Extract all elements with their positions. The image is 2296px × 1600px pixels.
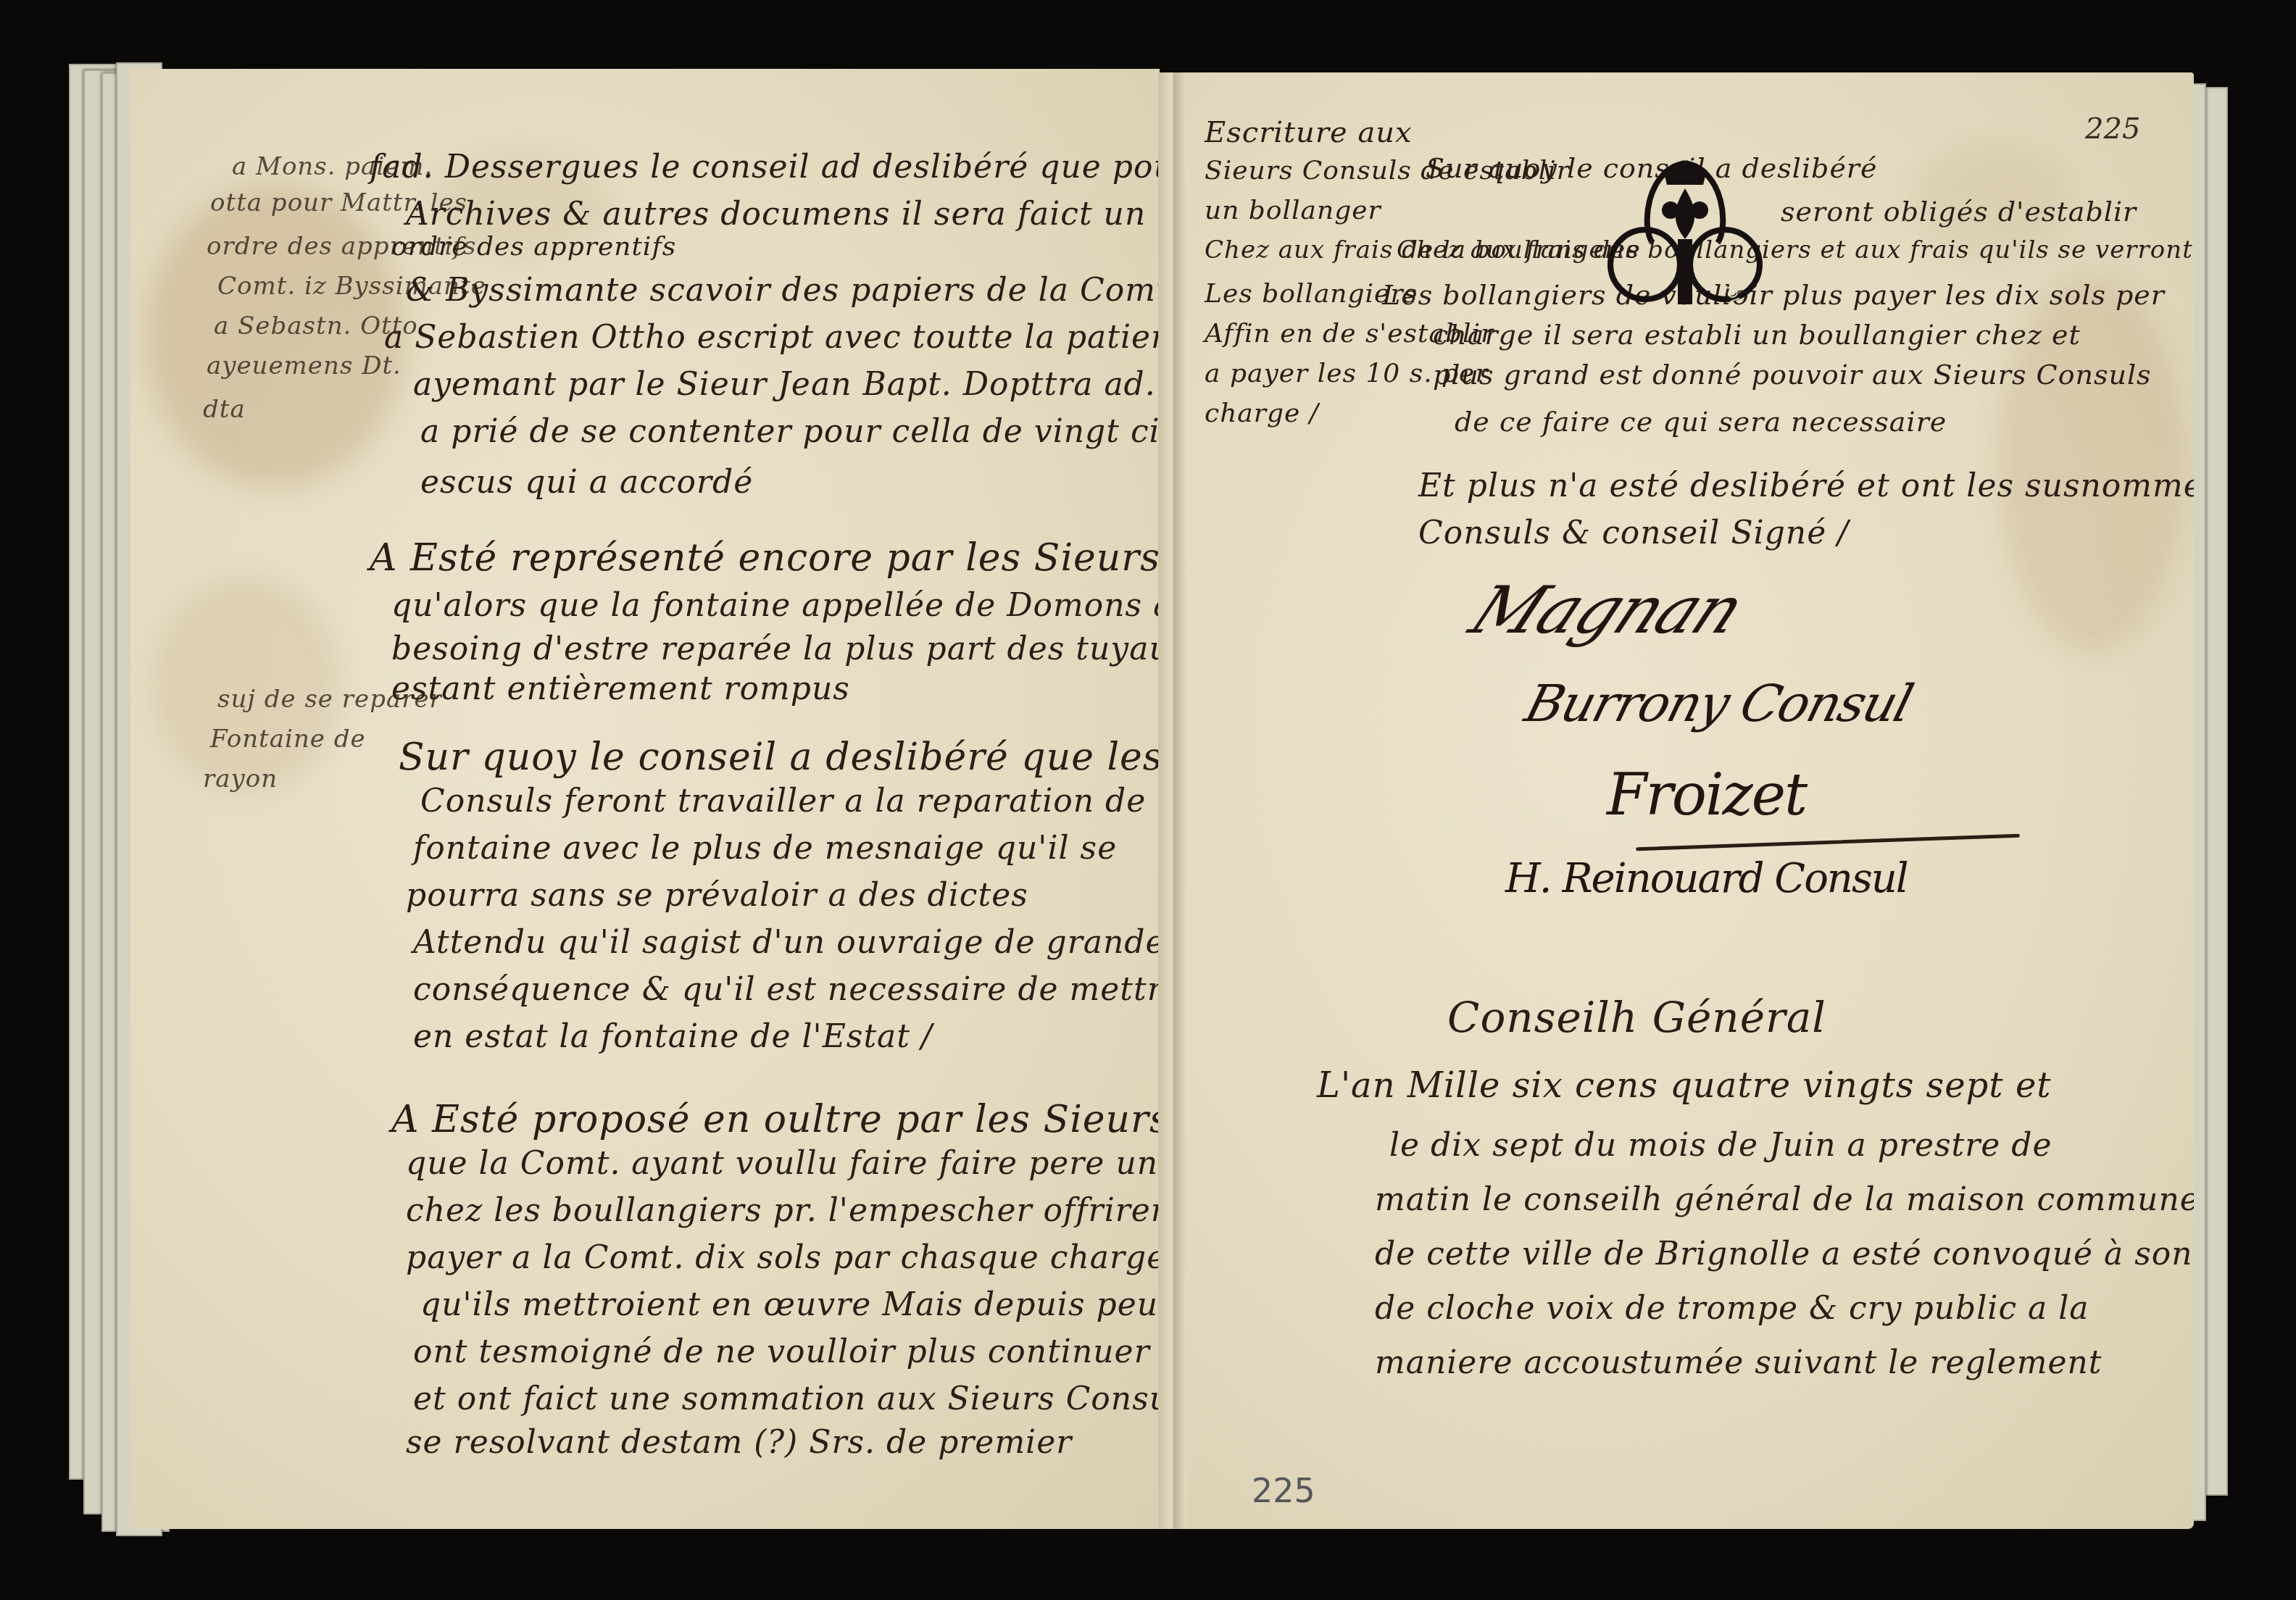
margin-note: ayeuemens Dt. [207,351,402,380]
manuscript-line: que la Comt. ayant voullu faire faire pe… [406,1145,1160,1182]
manuscript-line: conséquence & qu'il est necessaire de me… [413,971,1160,1008]
manuscript-line: a Sebastien Ottho escript avec toutte la… [384,319,1160,356]
manuscript-line: fad. Dessergues le conseil ad deslibéré … [370,149,1160,186]
manuscript-line: charge il sera establi un boullangier ch… [1433,319,2081,351]
margin-note: rayon [203,764,278,793]
manuscript-line: estant entièrement rompus [391,670,850,707]
manuscript-line: Les bollangiers de voulloir plus payer l… [1382,279,2165,311]
manuscript-line: A Esté proposé en oultre par les Sieurs … [391,1098,1160,1141]
manuscript-line: qu'alors que la fontaine appellée de Dom… [391,587,1160,624]
pencil-folio-number: 225 [1252,1471,1315,1510]
margin-note: un bollanger [1205,196,1381,225]
manuscript-line: Attendu qu'il sagist d'un ouvraige de gr… [413,924,1160,961]
manuscript-line: de cette ville de Brignolle a esté convo… [1375,1236,2193,1272]
left-page: a Mons. paiem. otta pour Mattr. les ordr… [130,69,1160,1529]
manuscript-line: ont tesmoigné de ne voulloir plus contin… [413,1333,1150,1370]
manuscript-line: Et plus n'a esté deslibéré et ont les su… [1418,467,2194,504]
manuscript-line: seront obligés d'establir [1781,196,2137,228]
manuscript-line: A Esté représenté encore par les Sieurs … [370,536,1160,580]
margin-note: Escriture aux [1205,116,1413,149]
manuscript-line: ayemant par le Sieur Jean Bapt. Dopttra … [413,366,1160,403]
manuscript-line: besoing d'estre reparée la plus part des… [391,630,1160,667]
manuscript-line: plus grand est donné pouvoir aux Sieurs … [1433,359,2152,391]
signature-burrony: Burrony Consul [1519,674,1918,733]
manuscript-line: de cloche voix de trompe & cry public a … [1375,1290,2089,1327]
royal-stamp-icon: UN SOL [1602,149,1768,315]
folio-number: 225 [2085,112,2140,146]
manuscript-line: et ont faict une sommation aux Sieurs Co… [413,1380,1160,1417]
manuscript-line: pourra sans se prévaloir a des dictes [406,877,1028,914]
manuscript-line: chez les boullangiers pr. l'empescher of… [406,1192,1160,1229]
signature-reinouard: H. Reinouard Consul [1505,855,1908,902]
manuscript-line: se resolvant destam (?) Srs. de premier [406,1424,1072,1461]
manuscript-line: a prié de se contenter pour cella de vin… [420,413,1160,450]
signature-magnan: Magnan [1459,572,1756,649]
manuscript-line: matin le conseilh général de la maison c… [1375,1181,2194,1218]
manuscript-line: Chez aux frais des boullangiers et aux f… [1397,236,2193,264]
manuscript-line: Consuls feront travailler a la reparatio… [420,783,1160,820]
manuscript-line: de ce faire ce qui sera necessaire [1455,406,1947,438]
manuscript-line: fontaine avec le plus de mesnaige qu'il … [413,830,1117,867]
manuscript-line: le dix sept du mois de Juin a prestre de [1389,1127,2052,1164]
manuscript-line: L'an Mille six cens quatre vingts sept e… [1317,1065,2052,1106]
manuscript-line: Archives & autres documens il sera faict… [406,196,1146,233]
margin-note: charge / [1205,399,1319,428]
manuscript-line: qu'ils mettroient en œuvre Mais depuis p… [420,1286,1160,1323]
entry-heading: Conseilh Général [1447,993,1826,1042]
manuscript-line: Sur quoy le conseil a deslibéré que les … [399,736,1160,779]
margin-note: Fontaine de [210,725,366,754]
signature-froizet: Froizet [1607,761,1806,828]
manuscript-line: escus qui a accordé [420,464,753,501]
signature-flourish [1636,834,2020,851]
margin-note: dta [203,395,246,424]
book-gutter [1158,72,1189,1529]
manuscript-line: payer a la Comt. dix sols par chasque ch… [406,1239,1160,1276]
manuscript-line: Consuls & conseil Signé / [1418,514,1849,551]
manuscript-line: ordre des apprentifs [391,232,676,262]
manuscript-line: & Byssimante scavoir des papiers de la C… [406,272,1160,309]
manuscript-line: en estat la fontaine de l'Estat / [413,1018,933,1055]
manuscript-line: maniere accoustumée suivant le reglement [1375,1344,2102,1381]
